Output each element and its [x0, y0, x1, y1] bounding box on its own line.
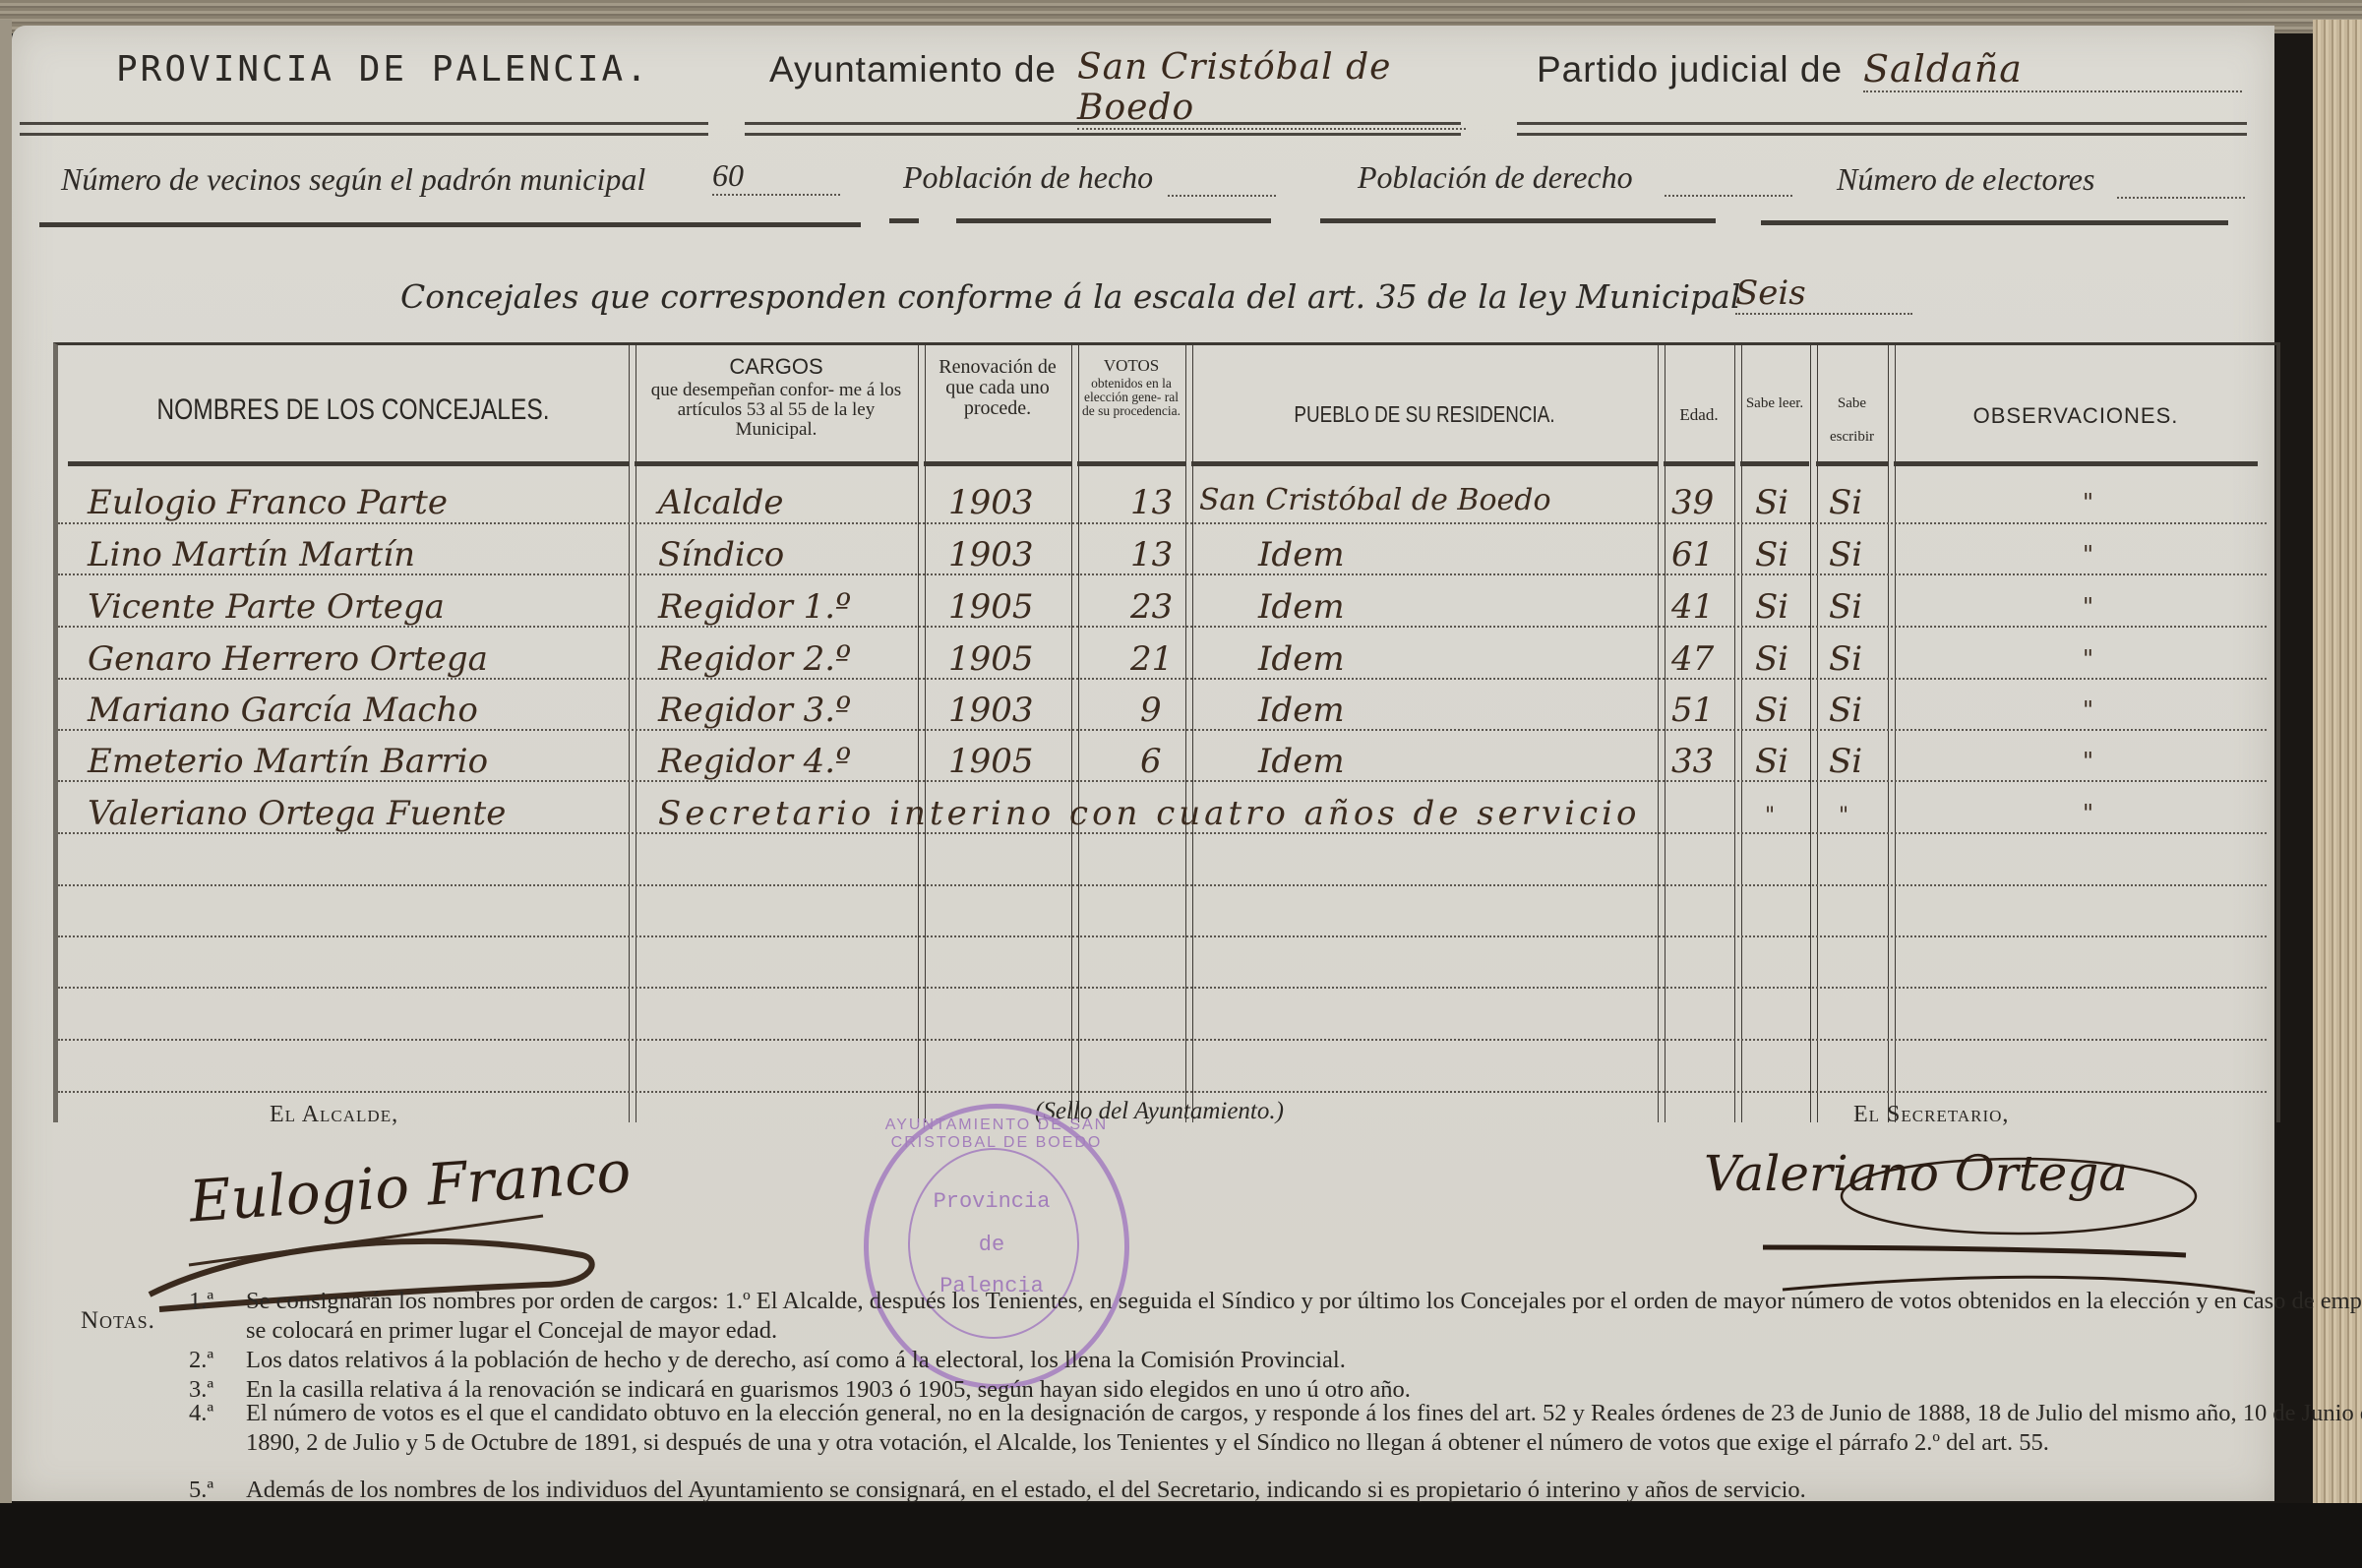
cell-edad: 39 — [1671, 483, 1714, 522]
header-underline — [1816, 461, 1888, 466]
cell-leer: Si — [1755, 587, 1788, 627]
vecinos-value: 60 — [712, 157, 840, 196]
cell-obs: " — [2083, 696, 2093, 724]
cell-renovacion: 1903 — [948, 483, 1034, 522]
cell-votos: 6 — [1140, 742, 1162, 781]
header-votos-title: VOTOS — [1077, 357, 1185, 375]
fields-rule-1 — [39, 222, 861, 227]
cell-edad: 51 — [1671, 691, 1714, 730]
concejales-label: Concejales que corresponden conforme á l… — [400, 277, 1740, 316]
header-underline — [924, 461, 1071, 466]
cell-cargo: Alcalde — [658, 483, 784, 522]
header-underline — [1664, 461, 1734, 466]
poblacion-derecho-label: Población de derecho — [1358, 159, 1633, 196]
header-pueblo: PUEBLO DE SU RESIDENCIA. — [1234, 402, 1616, 426]
fields-rule-4 — [1320, 218, 1716, 223]
cell-nombre: Lino Martín Martín — [88, 535, 415, 574]
header-rule-1 — [20, 122, 708, 136]
cell-cargo: Regidor 2.º — [658, 639, 851, 679]
cell-leer: Si — [1755, 742, 1788, 781]
secretario-flourish — [1743, 1157, 2274, 1304]
header-underline — [68, 461, 629, 466]
header-rule-2 — [745, 122, 1461, 136]
cell-escribir: Si — [1829, 483, 1862, 522]
partido-label: Partido judicial de — [1537, 49, 1843, 90]
header-underline — [1894, 461, 2258, 466]
cell-votos: 23 — [1130, 587, 1173, 627]
cell-obs: " — [2083, 489, 2093, 516]
note-text: El número de votos es el que el candidat… — [246, 1399, 2362, 1458]
cell-nombre: Vicente Parte Ortega — [88, 587, 445, 627]
cell-pueblo: Idem — [1258, 535, 1345, 574]
cell-pueblo: San Cristóbal de Boedo — [1199, 483, 1551, 517]
cell-obs: " — [2083, 541, 2093, 569]
page-edge-left — [0, 20, 12, 1554]
cell-renovacion: 1905 — [948, 742, 1034, 781]
note-number: 4.ª — [189, 1399, 238, 1428]
cell-leer: Si — [1755, 483, 1788, 522]
cell-pueblo: Idem — [1258, 587, 1345, 627]
row-line — [58, 884, 2267, 886]
poblacion-derecho-value — [1665, 159, 1792, 197]
cell-renovacion: 1905 — [948, 587, 1034, 627]
cell-escribir: Si — [1829, 639, 1862, 679]
cell-escribir: Si — [1829, 691, 1862, 730]
cell-obs: " — [2083, 800, 2093, 827]
header-underline — [1191, 461, 1658, 466]
partido-value: Saldaña — [1863, 47, 2242, 92]
concejales-table: NOMBRES DE LOS CONCEJALES. CARGOS que de… — [53, 342, 2280, 1122]
cell-votos: 21 — [1130, 639, 1173, 679]
cell-renovacion: 1903 — [948, 535, 1034, 574]
header-nombres: NOMBRES DE LOS CONCEJALES. — [127, 394, 578, 426]
cell-leer: Si — [1755, 639, 1788, 679]
cell-edad: 47 — [1671, 639, 1714, 679]
fields-rule-2 — [889, 218, 919, 223]
cell-leer: Si — [1755, 691, 1788, 730]
cell-pueblo: Idem — [1258, 639, 1345, 679]
cell-pueblo: Idem — [1258, 691, 1345, 730]
cell-cargo: Regidor 3.º — [658, 691, 851, 730]
cell-edad: 61 — [1671, 535, 1714, 574]
cell-nombre: Genaro Herrero Ortega — [88, 639, 488, 679]
fields-rule-5 — [1761, 220, 2228, 225]
row-line — [58, 522, 2267, 524]
cell-cargo-spanning: Secretario interino con cuatro años de s… — [658, 794, 1641, 833]
note-number: 2.ª — [189, 1346, 238, 1375]
cell-cargo: Síndico — [658, 535, 784, 574]
row-line — [58, 935, 2267, 937]
electores-value — [2117, 161, 2245, 199]
note-text: Se consignarán los nombres por orden de … — [246, 1287, 2362, 1346]
secretario-label: El Secretario, — [1853, 1102, 2009, 1128]
cell-pueblo: Idem — [1258, 742, 1345, 781]
cell-votos: 9 — [1140, 691, 1162, 730]
row-line — [58, 1091, 2267, 1093]
vecinos-label: Número de vecinos según el padrón munici… — [61, 161, 645, 198]
header-sabe-leer: Sabe leer. — [1740, 387, 1809, 420]
cell-votos: 13 — [1130, 535, 1173, 574]
notes-label: Notas. — [81, 1306, 155, 1336]
electores-label: Número de electores — [1837, 161, 2094, 198]
ayuntamiento-value: San Cristóbal de Boedo — [1077, 47, 1466, 130]
header-underline — [1077, 461, 1185, 466]
concejales-value: Seis — [1735, 273, 1912, 315]
note-text: Los datos relativos á la población de he… — [246, 1346, 2362, 1375]
cell-cargo: Regidor 1.º — [658, 587, 851, 627]
row-line — [58, 987, 2267, 989]
cell-edad: 33 — [1671, 742, 1714, 781]
header-edad: Edad. — [1664, 406, 1734, 424]
cell-escribir: Si — [1829, 587, 1862, 627]
provincia-heading: PROVINCIA DE PALENCIA. — [116, 49, 650, 90]
alcalde-label: El Alcalde, — [270, 1102, 398, 1128]
cell-leer: Si — [1755, 535, 1788, 574]
stamp-line-2: de — [918, 1233, 1065, 1257]
cell-nombre: Eulogio Franco Parte — [88, 483, 448, 522]
cell-nombre: Valeriano Ortega Fuente — [88, 794, 506, 833]
cell-obs: " — [2083, 593, 2093, 621]
cell-obs: " — [2083, 748, 2093, 775]
header-observaciones: OBSERVACIONES. — [1894, 404, 2258, 427]
cell-nombre: Mariano García Macho — [88, 691, 478, 730]
cell-edad: 41 — [1671, 587, 1714, 627]
header-sabe-escribir: Sabe escribir — [1816, 387, 1888, 453]
cell-obs: " — [2083, 645, 2093, 673]
header-underline — [1740, 461, 1809, 466]
cell-escribir: Si — [1829, 742, 1862, 781]
document-page: PROVINCIA DE PALENCIA. Ayuntamiento de S… — [12, 26, 2274, 1501]
header-cargos-sub: que desempeñan confor- me á los artículo… — [635, 381, 918, 440]
stamp-line-1: Provincia — [918, 1189, 1065, 1214]
cell-escribir: " — [1839, 804, 1848, 828]
cell-votos: 13 — [1130, 483, 1173, 522]
cell-nombre: Emeterio Martín Barrio — [88, 742, 488, 781]
cell-renovacion: 1903 — [948, 691, 1034, 730]
ayuntamiento-label: Ayuntamiento de — [769, 49, 1057, 90]
header-underline — [635, 461, 918, 466]
poblacion-hecho-label: Población de hecho — [903, 159, 1153, 196]
header-cargos-title: CARGOS — [635, 355, 918, 378]
fields-rule-3 — [956, 218, 1271, 223]
cell-escribir: Si — [1829, 535, 1862, 574]
note-number: 1.ª — [189, 1287, 238, 1316]
header-votos-sub: obtenidos en la elección gene- ral de su… — [1077, 377, 1185, 419]
row-line — [58, 1039, 2267, 1041]
poblacion-hecho-value — [1168, 159, 1276, 197]
cell-renovacion: 1905 — [948, 639, 1034, 679]
book-bottom-shadow — [0, 1503, 2362, 1568]
cell-cargo: Regidor 4.º — [658, 742, 851, 781]
header-renovacion: Renovación de que cada uno procede. — [924, 357, 1071, 419]
header-rule-3 — [1517, 122, 2247, 136]
stamp-ring-text: AYUNTAMIENTO DE SAN CRISTOBAL DE BOEDO — [859, 1116, 1134, 1152]
cell-leer: " — [1765, 804, 1775, 828]
